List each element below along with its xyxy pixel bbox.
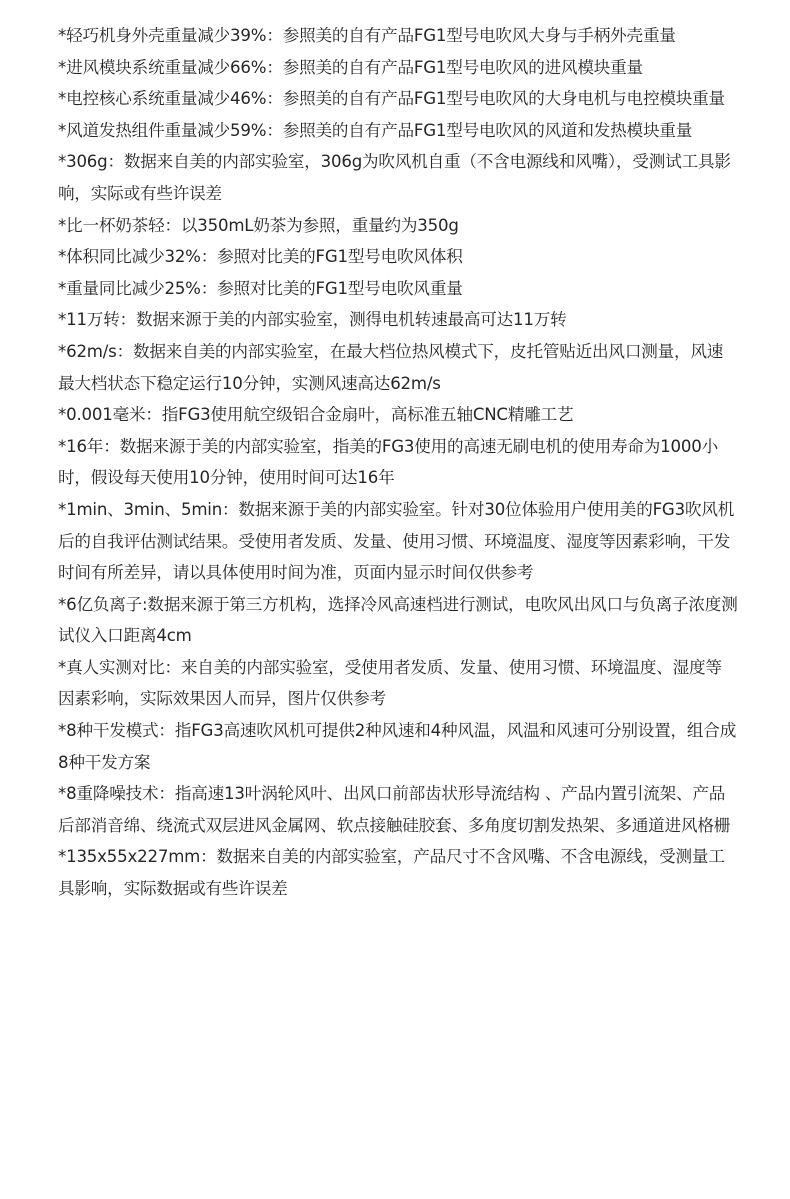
footnote-intake-weight: *进风模块系统重量减少66%：参照美的自有产品FG1型号电吹风的进风模块重量: [58, 52, 738, 84]
footnote-weight: *重量同比减少25%：参照对比美的FG1型号电吹风重量: [58, 273, 738, 305]
footnote-wind-speed: *62m/s：数据来自美的内部实验室，在最大档位热风模式下，皮托管贴近出风口测量…: [58, 336, 738, 399]
footnote-negative-ions: *6亿负离子:数据来源于第三方机构，选择冷风高速档进行测试，电吹风出风口与负离子…: [58, 589, 738, 652]
footnote-volume: *体积同比减少32%：参照对比美的FG1型号电吹风体积: [58, 241, 738, 273]
footnote-precision: *0.001毫米：指FG3使用航空级铝合金扇叶，高标准五轴CNC精雕工艺: [58, 399, 738, 431]
footnote-drying-modes: *8种干发模式：指FG3高速吹风机可提供2种风速和4种风温，风温和风速可分别设置…: [58, 715, 738, 778]
footnote-drying-time: *1min、3min、5min：数据来源于美的内部实验室。针对30位体验用户使用…: [58, 494, 738, 589]
footnote-control-weight: *电控核心系统重量减少46%：参照美的自有产品FG1型号电吹风的大身电机与电控模…: [58, 83, 738, 115]
footnote-rpm: *11万转：数据来源于美的内部实验室，测得电机转速最高可达11万转: [58, 304, 738, 336]
footnotes-list: *轻巧机身外壳重量减少39%：参照美的自有产品FG1型号电吹风大身与手柄外壳重量…: [58, 20, 738, 905]
footnote-shell-weight: *轻巧机身外壳重量减少39%：参照美的自有产品FG1型号电吹风大身与手柄外壳重量: [58, 20, 738, 52]
footnote-real-test: *真人实测对比：来自美的内部实验室，受使用者发质、发量、使用习惯、环境温度、湿度…: [58, 652, 738, 715]
footnote-milk-tea: *比一杯奶茶轻：以350mL奶茶为参照，重量约为350g: [58, 210, 738, 242]
footnote-306g: *306g：数据来自美的内部实验室，306g为吹风机自重（不含电源线和风嘴），受…: [58, 146, 738, 209]
footnote-noise-reduction: *8重降噪技术：指高速13叶涡轮风叶、出风口前部齿状形导流结构 、产品内置引流架…: [58, 778, 738, 841]
footnote-lifespan: *16年：数据来源于美的内部实验室，指美的FG3使用的高速无刷电机的使用寿命为1…: [58, 431, 738, 494]
footnote-dimensions: *135x55x227mm：数据来自美的内部实验室，产品尺寸不含风嘴、不含电源线…: [58, 841, 738, 904]
footnote-airduct-weight: *风道发热组件重量减少59%：参照美的自有产品FG1型号电吹风的风道和发热模块重…: [58, 115, 738, 147]
